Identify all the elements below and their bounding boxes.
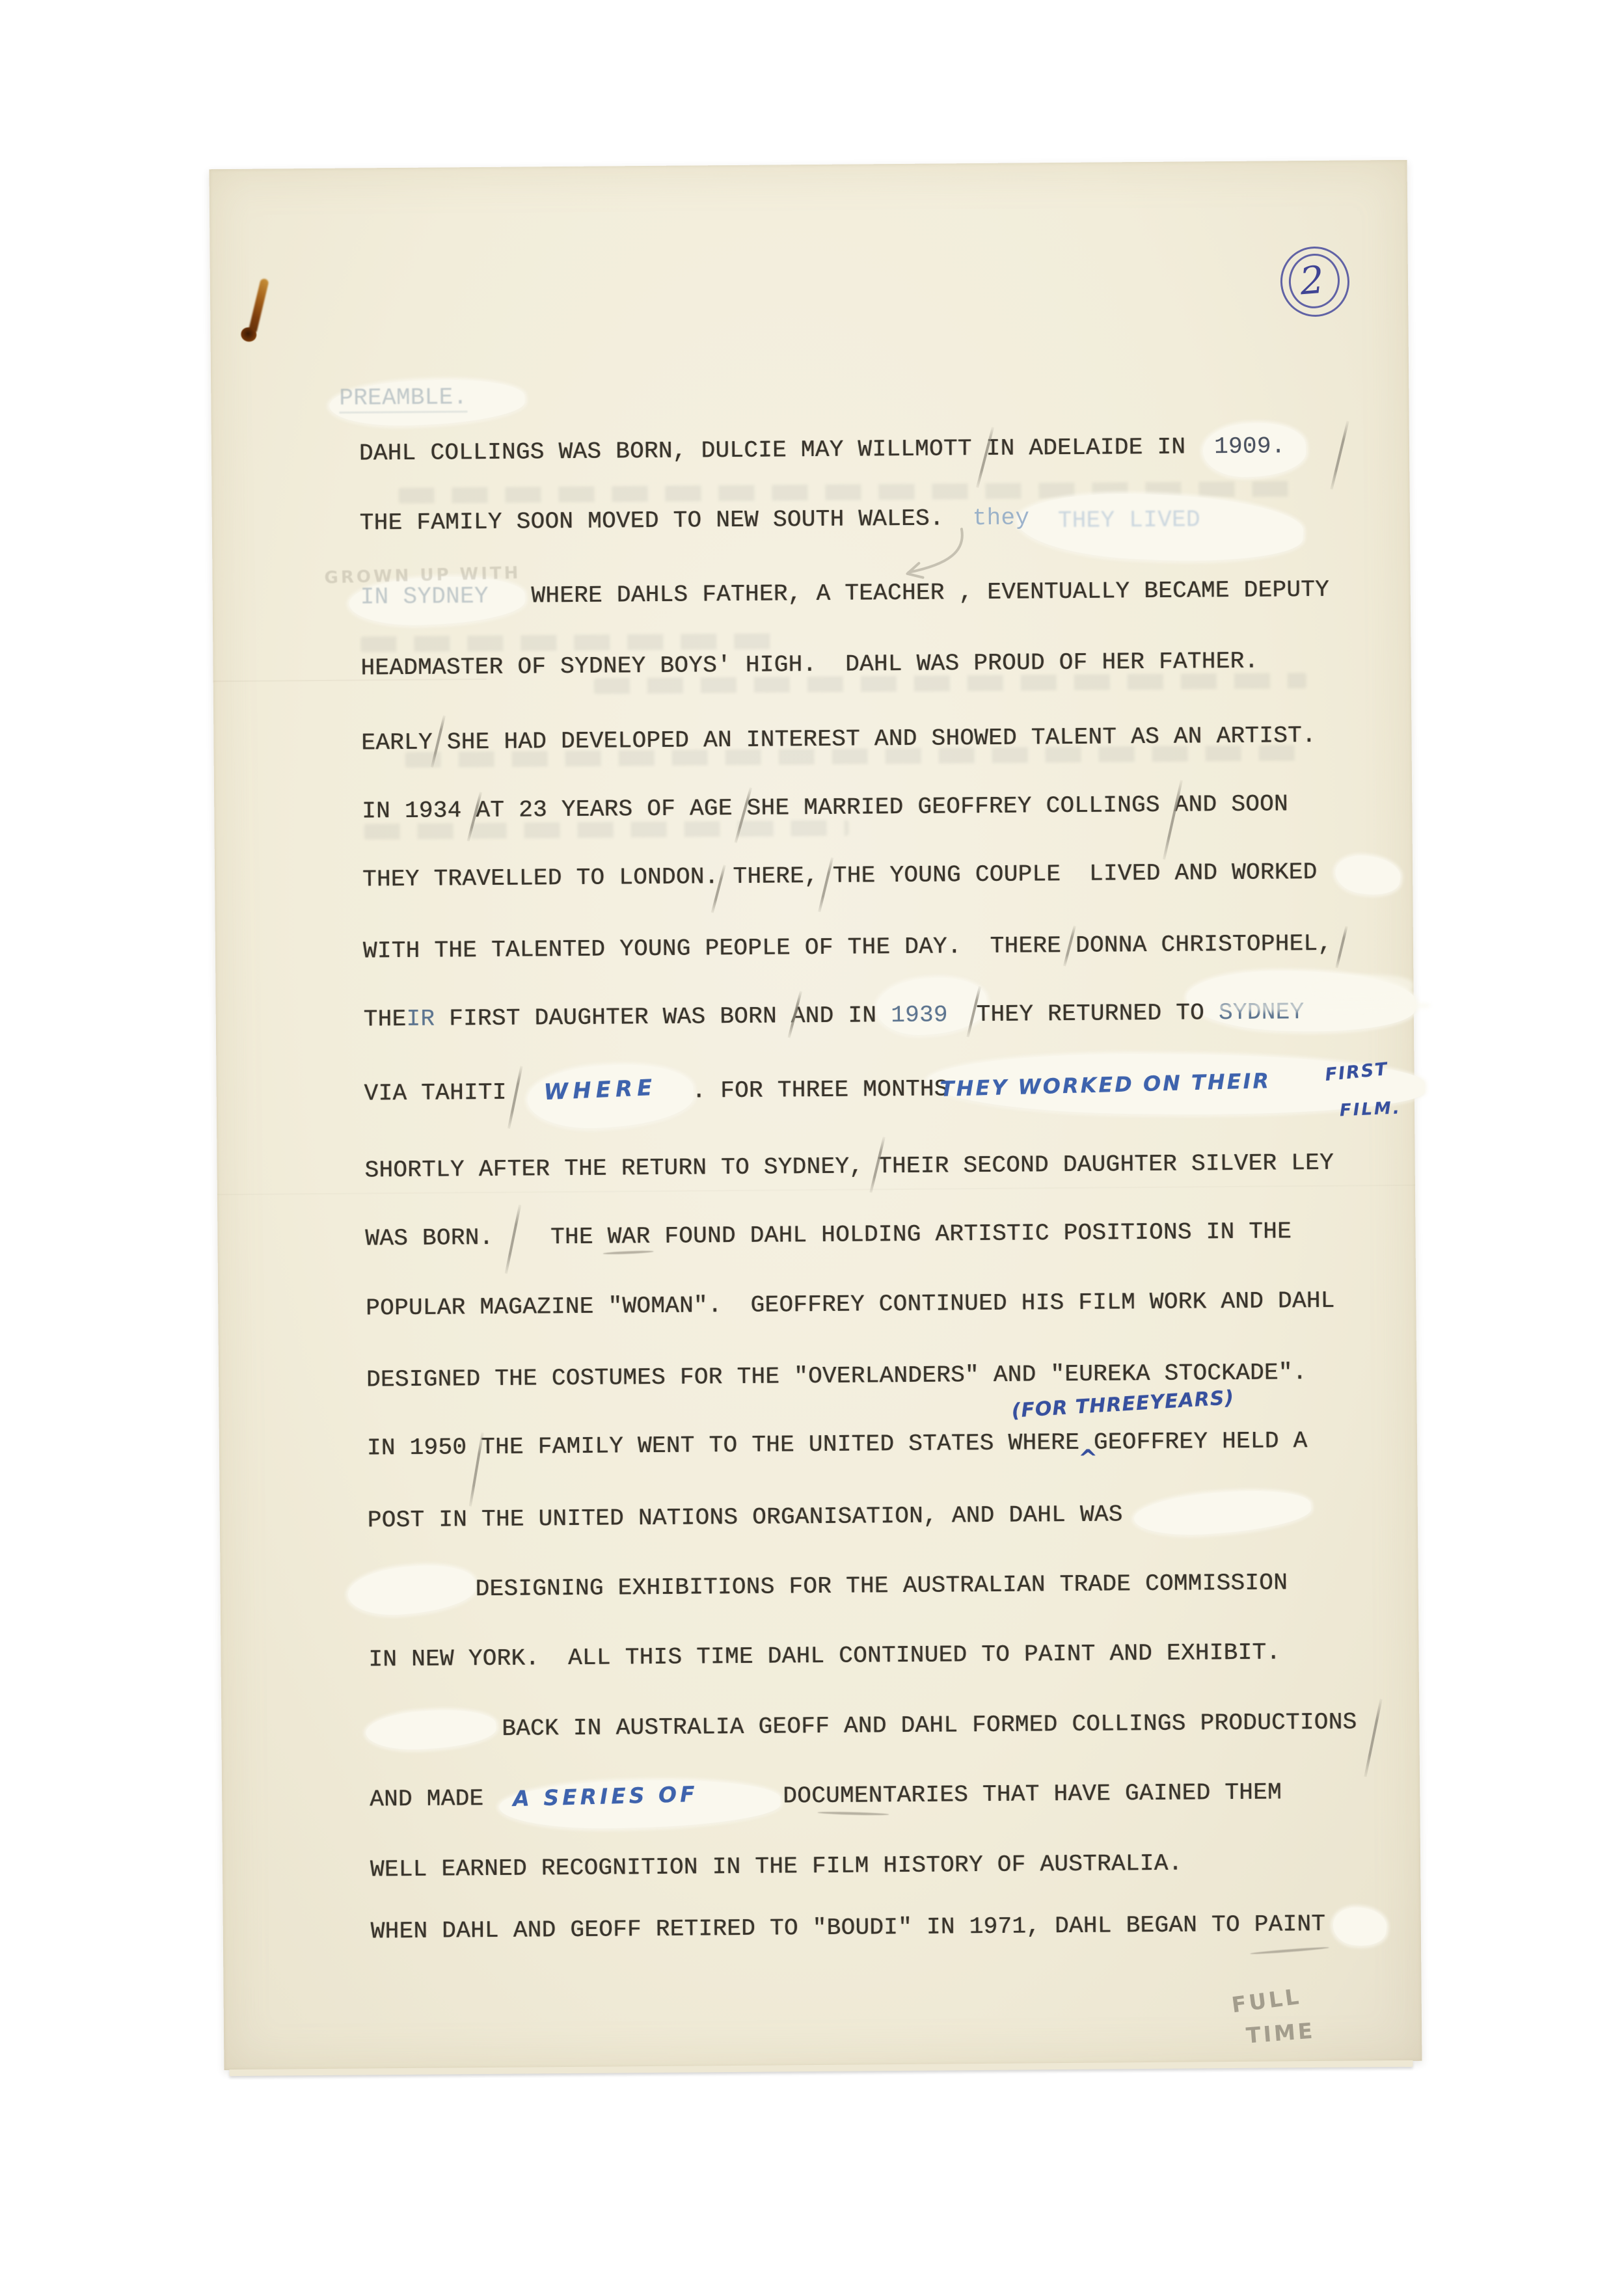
correction-fluid-patch	[365, 1707, 497, 1753]
typed-correction-text: 1909.	[1214, 433, 1286, 460]
typewritten-line: WHEN DAHL AND GEOFF RETIRED TO "BOUDI" I…	[371, 1913, 1326, 1944]
handwritten-for-three-years: (FOR THREEYEARS)	[1011, 1386, 1235, 1423]
typewritten-line: POPULAR MAGAZINE "WOMAN". GEOFFREY CONTI…	[366, 1289, 1335, 1321]
ghost-text: PREAMBLE.	[339, 384, 467, 414]
typed-text: AND MADE	[370, 1785, 484, 1812]
typed-text: THEY RETURNED TO	[948, 999, 1219, 1028]
handwritten-film: FILM.	[1339, 1098, 1401, 1120]
typed-text: POPULAR MAGAZINE "WOMAN". GEOFFREY CONTI…	[366, 1287, 1335, 1322]
typed-text: THE FAMILY SOON MOVED TO NEW SOUTH WALES…	[360, 505, 944, 536]
pencil-underline	[603, 1250, 654, 1255]
pencil-slash	[1335, 926, 1347, 968]
typewritten-line: THEY LIVED	[1058, 508, 1200, 533]
typed-correction-text: IR	[406, 1006, 435, 1032]
pencil-note-full: FULL	[1230, 1984, 1303, 2018]
typewritten-line: THEIR FIRST DAUGHTER WAS BORN AND IN 193…	[364, 1001, 1305, 1031]
page-number-circle: 2	[1280, 243, 1351, 319]
typed-text: DOCUMENTARIES THAT HAVE GAINED THEM	[783, 1779, 1282, 1809]
pencil-underline	[817, 1811, 889, 1816]
typed-text: WELL EARNED RECOGNITION IN THE FILM HIST…	[370, 1850, 1183, 1883]
page-number: 2	[1298, 258, 1325, 304]
correction-fluid-patch	[1133, 1486, 1312, 1540]
handwritten-where: WHERE	[543, 1075, 657, 1105]
ghost-typed-smudge	[360, 633, 780, 652]
rust-stain-streak	[248, 278, 269, 334]
caret-mark: ^	[1078, 1446, 1098, 1472]
typewritten-line: PREAMBLE.	[339, 386, 467, 411]
pencil-note-time: TIME	[1245, 2017, 1316, 2048]
typewritten-line: DESIGNED THE COSTUMES FOR THE "OVERLANDE…	[366, 1361, 1307, 1392]
typewritten-line: SHORTLY AFTER THE RETURN TO SYDNEY, THEI…	[365, 1152, 1334, 1183]
ghost-text: IN SYDNEY	[360, 583, 489, 611]
typed-text: BACK IN AUSTRALIA GEOFF AND DAHL FORMED …	[502, 1708, 1357, 1742]
typed-text: WAS BORN. THE WAR FOUND DAHL HOLDING ART…	[365, 1218, 1292, 1252]
typed-text: DESIGNED THE COSTUMES FOR THE "OVERLANDE…	[366, 1359, 1307, 1393]
typewritten-line: AND MADE DOCUMENTARIES THAT HAVE GAINED …	[370, 1781, 1282, 1811]
typewritten-line: POST IN THE UNITED NATIONS ORGANISATION,…	[368, 1503, 1123, 1532]
correction-fluid-patch	[1331, 1906, 1388, 1948]
typed-text: THEY TRAVELLED TO LONDON. THERE, THE YOU…	[362, 859, 1318, 893]
paper-crease	[217, 1185, 1415, 1195]
typewritten-line: WITH THE TALENTED YOUNG PEOPLE OF THE DA…	[363, 932, 1333, 963]
pencil-slash	[1364, 1699, 1382, 1777]
document-paper: 2 DAHL COLLINGS WAS BORN, DULCIE MAY WIL…	[210, 160, 1422, 2070]
typewritten-line: IN NEW YORK. ALL THIS TIME DAHL CONTINUE…	[368, 1641, 1280, 1671]
typed-text: IN 1950 THE FAMILY WENT TO THE UNITED ST…	[367, 1427, 1308, 1461]
typed-text: DAHL COLLINGS WAS BORN, DULCIE MAY WILLM…	[359, 433, 1215, 466]
correction-fluid-patch	[346, 1561, 478, 1619]
handwritten-a-series-of: A SERIES OF	[513, 1781, 698, 1811]
typewritten-line: THEY TRAVELLED TO LONDON. THERE, THE YOU…	[362, 861, 1318, 892]
photo-background: 2 DAHL COLLINGS WAS BORN, DULCIE MAY WIL…	[0, 0, 1624, 2277]
typewritten-line: IN 1934 AT 23 YEARS OF AGE SHE MARRIED G…	[362, 792, 1288, 823]
typed-correction-text: 1939	[891, 1001, 948, 1029]
pencil-arrow	[889, 525, 981, 587]
typed-text: DESIGNING EXHIBITIONS FOR THE AUSTRALIAN…	[476, 1569, 1288, 1602]
correction-fluid-patch	[1333, 852, 1403, 898]
pencil-underline	[1250, 1947, 1329, 1955]
ghost-text: THEY LIVED	[1058, 506, 1200, 534]
typewritten-line: IN 1950 THE FAMILY WENT TO THE UNITED ST…	[367, 1429, 1308, 1460]
typed-text: WHEN DAHL AND GEOFF RETIRED TO "BOUDI" I…	[371, 1911, 1326, 1945]
rust-stain	[232, 275, 285, 347]
typewritten-line: WELL EARNED RECOGNITION IN THE FILM HIST…	[370, 1852, 1183, 1882]
correction-fluid-streak	[1308, 975, 1413, 997]
typed-text: WITH THE TALENTED YOUNG PEOPLE OF THE DA…	[363, 930, 1333, 965]
typewritten-line: BACK IN AUSTRALIA GEOFF AND DAHL FORMED …	[502, 1710, 1357, 1740]
typed-text: IN 1934 AT 23 YEARS OF AGE SHE MARRIED G…	[362, 790, 1288, 824]
typewritten-line: WAS BORN. THE WAR FOUND DAHL HOLDING ART…	[365, 1220, 1292, 1250]
pencil-slash	[1330, 421, 1349, 490]
typed-text: IN NEW YORK. ALL THIS TIME DAHL CONTINUE…	[368, 1639, 1280, 1673]
typed-text: SHORTLY AFTER THE RETURN TO SYDNEY, THEI…	[364, 1150, 1334, 1184]
typed-text: FIRST DAUGHTER WAS BORN AND IN	[435, 1002, 891, 1032]
typed-text: THE	[364, 1006, 407, 1033]
typewritten-line: DESIGNING EXHIBITIONS FOR THE AUSTRALIAN…	[476, 1571, 1288, 1601]
typewritten-line: DAHL COLLINGS WAS BORN, DULCIE MAY WILLM…	[359, 435, 1286, 465]
typed-text: POST IN THE UNITED NATIONS ORGANISATION,…	[368, 1501, 1123, 1533]
